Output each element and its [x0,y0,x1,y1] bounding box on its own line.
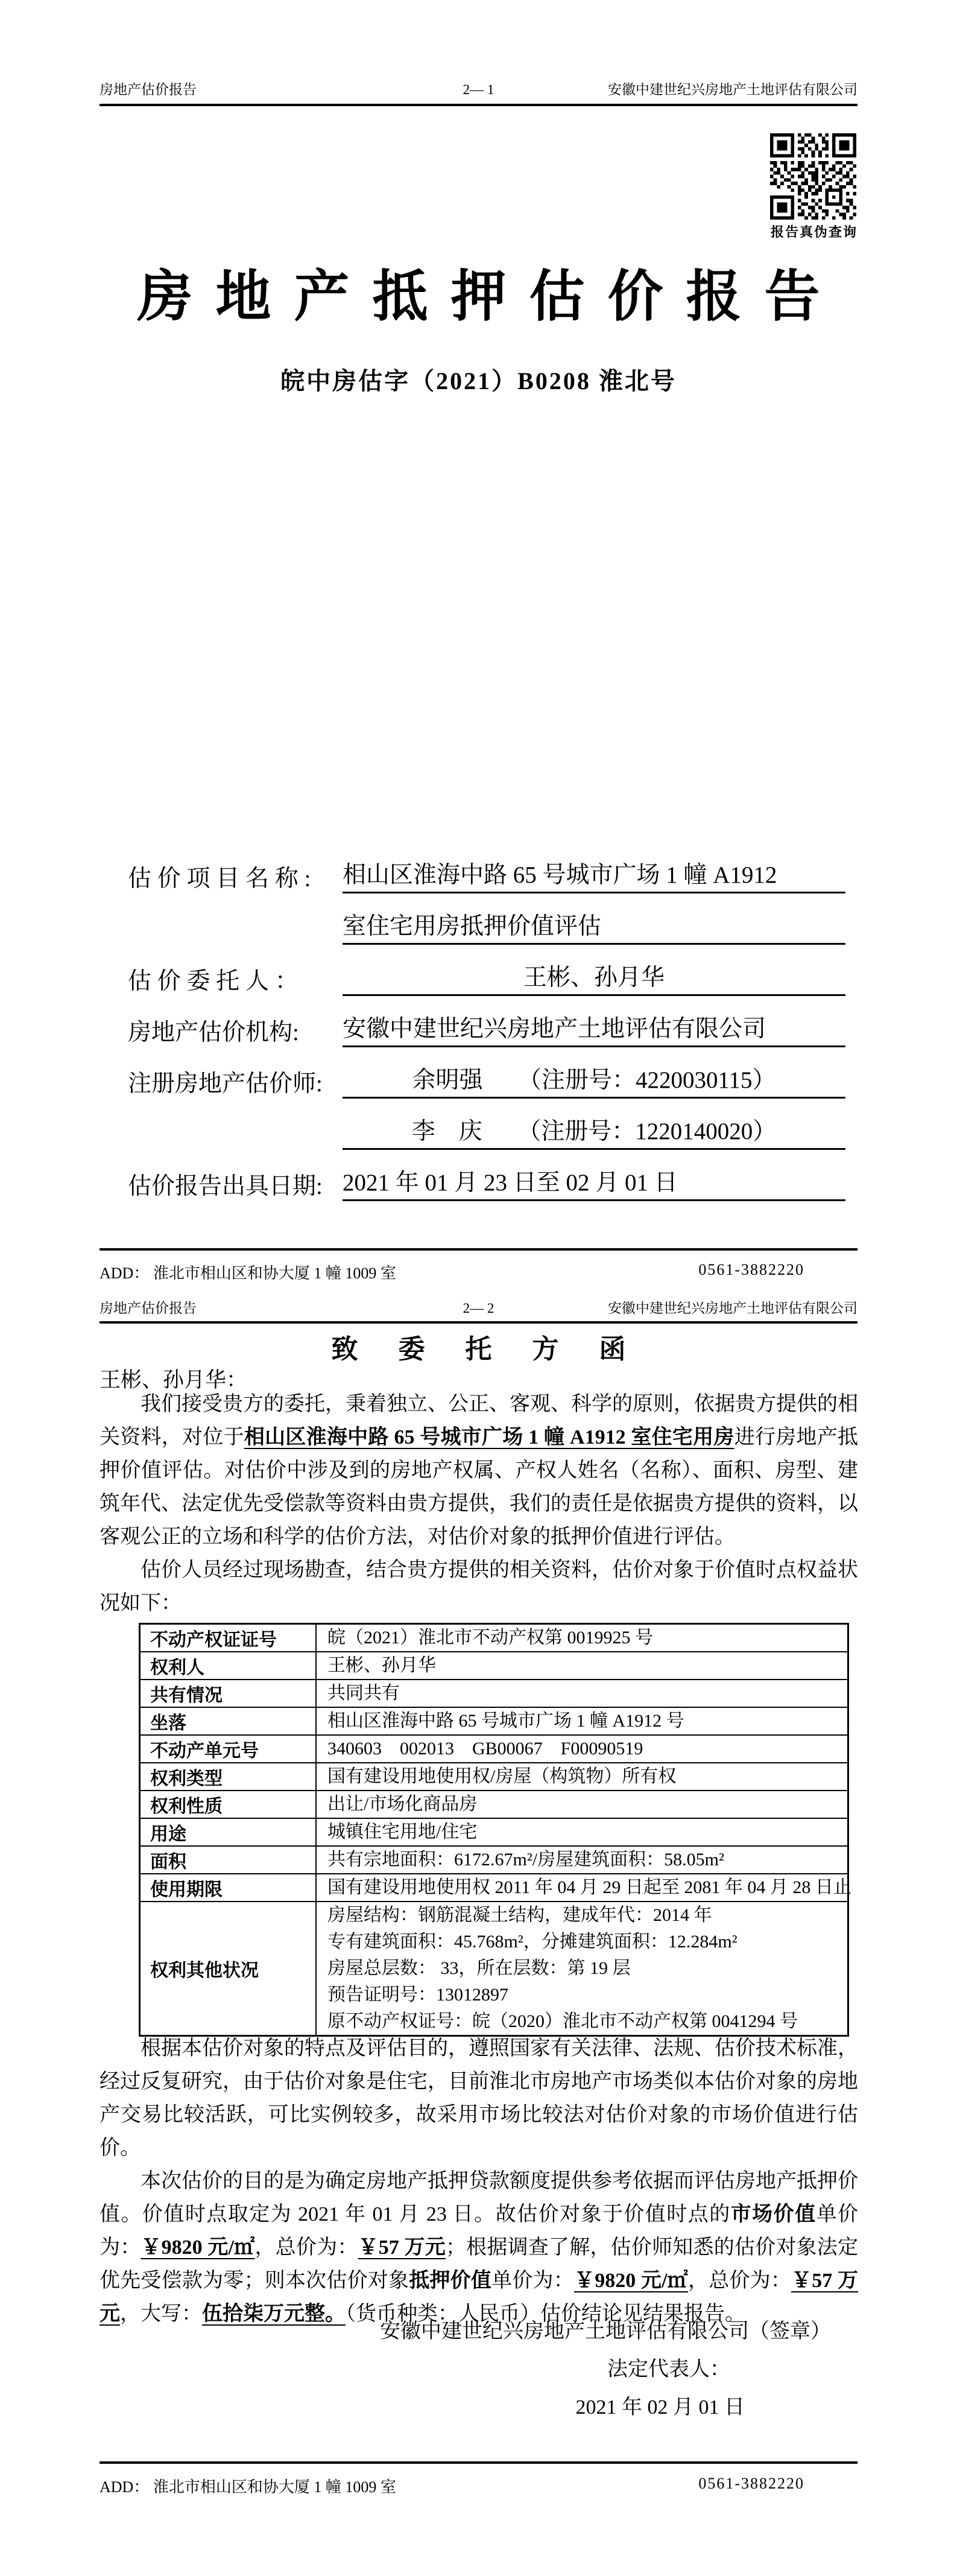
table-row: 面积共有宗地面积：6172.67m²/房屋建筑面积：58.05m² [141,1847,847,1874]
table-row-value: 王彬、孙月华 [317,1652,847,1679]
text-segment: 抵押价值 [409,2270,491,2292]
form-row: 室住宅用房抵押价值评估 [128,893,845,945]
qr-caption: 报告真伪查询 [762,222,866,241]
signature-date: 2021 年 02 月 01 日 [99,2388,858,2426]
table-value-line: 国有建设用地使用权 2011 年 04 月 29 日起至 2081 年 04 月… [327,1874,851,1901]
form-row: 估 价 委 托 人 ：王彬、孙月华 [128,945,845,996]
table-row-label: 面积 [141,1847,317,1873]
page1-footer: ADD： 淮北市相山区和协大厦 1 幢 1009 室 0561-3882220 [99,1261,858,1283]
table-value-line: 340603 002013 GB00067 F00090519 [327,1736,847,1762]
text-segment: ，总价为： [688,2270,791,2292]
table-value-line: 预告证明号：13012897 [327,1982,847,2008]
page2-header: 房地产估价报告 2— 2 安徽中建世纪兴房地产土地评估有限公司 [99,1297,858,1317]
report-number: 皖中房估字（2021）B0208 淮北号 [0,362,957,396]
page2-header-doc-type: 房地产估价报告 [99,1297,463,1317]
table-row: 权利性质出让/市场化商品房 [141,1791,847,1819]
page2-footer-rule [99,2461,858,2464]
text-segment: 相山区淮海中路 65 号城市广场 1 幢 A1912 室住宅用房 [244,1426,734,1448]
paragraph: 根据本估价对象的特点及评估目的，遵照国家有关法律、法规、估价技术标准，经过反复研… [99,2032,858,2165]
form-row: 房地产估价机构:安徽中建世纪兴房地产土地评估有限公司 [128,996,845,1047]
text-segment: ，总价为： [254,2236,358,2259]
table-row: 坐落相山区淮海中路 65 号城市广场 1 幢 A1912 号 [141,1708,847,1736]
form-row: 估 价 项 目 名 称 :相山区淮海中路 65 号城市广场 1 幢 A1912 [128,842,845,893]
table-row-label: 权利人 [141,1652,317,1679]
table-row-value: 国有建设用地使用权/房屋（构筑物）所有权 [317,1763,847,1790]
page1-footer-rule [99,1248,858,1251]
table-row-label: 权利性质 [141,1791,317,1818]
form-value: 2021 年 01 月 23 日至 02 月 01 日 [343,1164,845,1201]
page1-footer-phone: 0561-3882220 [698,1261,858,1283]
paragraph: 估价人员经过现场勘查，结合贵方提供的相关资料，估价对象于价值时点权益状况如下： [99,1553,858,1620]
page1-header-page-number: 2— 1 [463,82,494,98]
table-row: 不动产单元号340603 002013 GB00067 F00090519 [141,1736,847,1763]
table-row: 用途城镇住宅用地/住宅 [141,1819,847,1847]
form-label: 估 价 项 目 名 称 : [128,860,343,893]
page1-header-rule [99,104,858,106]
form-value: 余明强 （注册号：4220030115） [343,1061,845,1099]
table-row-value: 相山区淮海中路 65 号城市广场 1 幢 A1912 号 [317,1708,847,1734]
page2-header-company: 安徽中建世纪兴房地产土地评估有限公司 [494,1297,858,1317]
form-value: 室住宅用房抵押价值评估 [343,907,845,945]
page2-footer: ADD： 淮北市相山区和协大厦 1 幢 1009 室 0561-3882220 [99,2475,858,2497]
form-value: 王彬、孙月华 [343,959,845,996]
table-row: 权利其他状况房屋结构：钢筋混凝土结构，建成年代：2014 年专有建筑面积：45.… [141,1902,847,2035]
form-label: 估 价 委 托 人 ： [128,962,343,996]
table-row-value: 共有宗地面积：6172.67m²/房屋建筑面积：58.05m² [317,1847,847,1873]
table-row-value: 出让/市场化商品房 [317,1791,847,1818]
table-value-line: 专有建筑面积：45.768m²，分摊建筑面积：12.284m² [327,1929,847,1955]
property-rights-table: 不动产权证证号皖（2021）淮北市不动产权第 0019925 号权利人王彬、孙月… [139,1623,849,2037]
letter-title: 致 委 托 方 函 [0,1327,957,1366]
form-label: 房地产估价机构: [128,1014,343,1047]
table-value-line: 相山区淮海中路 65 号城市广场 1 幢 A1912 号 [327,1708,847,1734]
table-value-line: 出让/市场化商品房 [327,1791,847,1818]
form-value: 相山区淮海中路 65 号城市广场 1 幢 A1912 [343,856,845,893]
report-title: 房地产抵押估价报告 [0,252,957,332]
form-value: 安徽中建世纪兴房地产土地评估有限公司 [343,1010,845,1047]
text-segment: 市场价值 [731,2203,816,2225]
table-row: 共有情况共同共有 [141,1680,847,1708]
table-row-value: 国有建设用地使用权 2011 年 04 月 29 日起至 2081 年 04 月… [317,1874,851,1901]
table-row-label: 坐落 [141,1708,317,1734]
form-row: 李 庆 （注册号：1220140020） [128,1099,845,1150]
table-row-value: 房屋结构：钢筋混凝土结构，建成年代：2014 年专有建筑面积：45.768m²，… [317,1902,847,2035]
table-row-label: 使用期限 [141,1874,317,1901]
text-segment: ￥57 万元 [358,2236,446,2259]
page1-header: 房地产估价报告 2— 1 安徽中建世纪兴房地产土地评估有限公司 [99,78,858,98]
form-row: 注册房地产估价师:余明强 （注册号：4220030115） [128,1047,845,1099]
letter-body-bottom: 根据本估价对象的特点及评估目的，遵照国家有关法律、法规、估价技术标准，经过反复研… [99,2032,858,2330]
table-value-line: 王彬、孙月华 [327,1652,847,1679]
table-row-value: 共同共有 [317,1680,847,1707]
table-row: 不动产权证证号皖（2021）淮北市不动产权第 0019925 号 [141,1625,847,1652]
table-value-line: 共同共有 [327,1680,847,1707]
table-value-line: 国有建设用地使用权/房屋（构筑物）所有权 [327,1763,847,1790]
table-row-value: 340603 002013 GB00067 F00090519 [317,1736,847,1762]
form-value: 李 庆 （注册号：1220140020） [343,1112,845,1150]
page2-header-page-number: 2— 2 [463,1301,494,1316]
table-row-label: 不动产单元号 [141,1736,317,1762]
text-segment: ￥9820 元/㎡ [141,2236,254,2259]
table-value-line: 房屋总层数： 33，所在层数：第 19 层 [327,1955,847,1982]
table-value-line: 原不动产权证号：皖（2020）淮北市不动产权第 0041294 号 [327,2008,847,2035]
signature-legal-representative: 法定代表人： [99,2350,858,2388]
form-label: 估价报告出具日期: [128,1167,343,1201]
appraisal-report-document: { "page1": { "header": { "left": "房地产估价报… [0,0,957,2576]
page2-header-rule [99,1321,858,1324]
paragraph: 本次估价的目的是为确定房地产抵押贷款额度提供参考依据而评估房地产抵押价值。价值时… [99,2165,858,2330]
qr-block: 报告真伪查询 [770,133,858,241]
paragraph: 我们接受贵方的委托，秉着独立、公正、客观、科学的原则，依据贵方提供的相关资料，对… [99,1388,858,1553]
text-segment: 单价为： [491,2270,574,2292]
qr-code-icon [770,133,856,220]
table-value-line: 皖（2021）淮北市不动产权第 0019925 号 [327,1625,847,1651]
table-row-value: 皖（2021）淮北市不动产权第 0019925 号 [317,1625,847,1651]
form-label: 注册房地产估价师: [128,1065,343,1099]
table-row: 使用期限国有建设用地使用权 2011 年 04 月 29 日起至 2081 年 … [141,1874,847,1902]
table-value-line: 城镇住宅用地/住宅 [327,1819,847,1845]
page2-footer-address: ADD： 淮北市相山区和协大厦 1 幢 1009 室 [99,2475,396,2497]
table-row: 权利人王彬、孙月华 [141,1652,847,1680]
page1-header-doc-type: 房地产估价报告 [99,78,463,98]
text-segment: 估价人员经过现场勘查，结合贵方提供的相关资料，估价对象于价值时点权益状况如下： [99,1559,858,1614]
cover-form: 估 价 项 目 名 称 :相山区淮海中路 65 号城市广场 1 幢 A1912室… [128,842,845,1201]
signature-company: 安徽中建世纪兴房地产土地评估有限公司（签章） [99,2312,858,2350]
table-value-line: 共有宗地面积：6172.67m²/房屋建筑面积：58.05m² [327,1847,847,1873]
table-row-label: 共有情况 [141,1680,317,1707]
table-row-value: 城镇住宅用地/住宅 [317,1819,847,1845]
page1-footer-address: ADD： 淮北市相山区和协大厦 1 幢 1009 室 [99,1261,396,1283]
page2-footer-phone: 0561-3882220 [698,2475,858,2497]
signature-block: 安徽中建世纪兴房地产土地评估有限公司（签章） 法定代表人： 2021 年 02 … [99,2312,858,2426]
page1-header-company: 安徽中建世纪兴房地产土地评估有限公司 [494,78,858,98]
table-row-label: 权利其他状况 [141,1902,317,2035]
form-row: 估价报告出具日期:2021 年 01 月 23 日至 02 月 01 日 [128,1150,845,1201]
table-row-label: 权利类型 [141,1763,317,1790]
text-segment: 根据本估价对象的特点及评估目的，遵照国家有关法律、法规、估价技术标准，经过反复研… [99,2037,858,2159]
table-value-line: 房屋结构：钢筋混凝土结构，建成年代：2014 年 [327,1902,847,1929]
text-segment: ￥9820 元/㎡ [574,2270,688,2292]
table-row-label: 不动产权证证号 [141,1625,317,1651]
table-row-label: 用途 [141,1819,317,1845]
table-row: 权利类型国有建设用地使用权/房屋（构筑物）所有权 [141,1763,847,1791]
letter-body-top: 我们接受贵方的委托，秉着独立、公正、客观、科学的原则，依据贵方提供的相关资料，对… [99,1388,858,1620]
